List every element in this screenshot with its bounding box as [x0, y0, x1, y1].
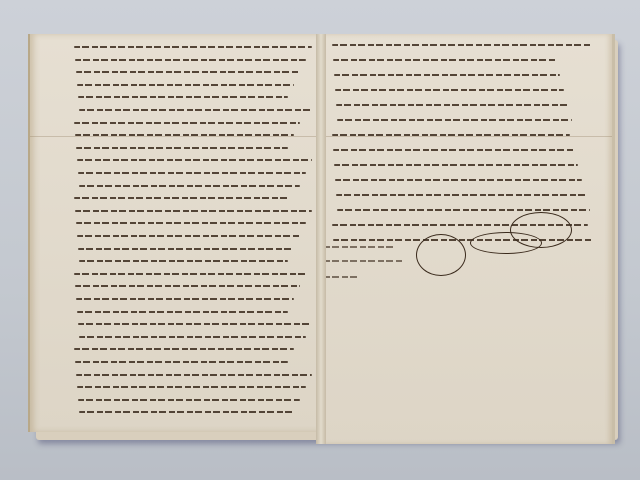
handwriting-line	[337, 209, 590, 211]
handwriting-line	[74, 273, 306, 275]
handwriting-line	[333, 149, 574, 151]
signature-flourish	[416, 234, 466, 276]
marginal-note-line	[324, 260, 404, 262]
handwriting-line	[74, 46, 312, 48]
handwriting-line	[78, 96, 288, 98]
handwriting-line	[76, 71, 300, 73]
signature-flourish	[510, 212, 572, 248]
handwriting-line	[75, 361, 288, 363]
handwriting-line	[77, 311, 288, 313]
handwriting-line	[335, 89, 564, 91]
binding-gutter	[316, 34, 326, 444]
handwriting-line	[75, 210, 312, 212]
handwriting-line	[334, 164, 578, 166]
handwriting-line	[77, 159, 312, 161]
handwriting-line	[77, 235, 300, 237]
handwriting-line	[332, 44, 592, 46]
handwriting-line	[76, 222, 306, 224]
handwriting-line	[333, 59, 556, 61]
handwriting-line	[76, 298, 294, 300]
handwriting-line	[78, 399, 300, 401]
handwriting-line	[77, 386, 306, 388]
handwriting-line	[335, 179, 582, 181]
handwriting-line	[336, 194, 586, 196]
handwriting-line	[336, 104, 568, 106]
marginal-note-line	[324, 246, 394, 248]
handwriting-line	[76, 147, 288, 149]
marginal-note-line	[324, 276, 358, 278]
handwriting-line	[79, 260, 288, 262]
handwriting-line	[78, 248, 294, 250]
left-page	[28, 34, 324, 432]
handwriting-line	[74, 348, 294, 350]
handwriting-line	[75, 59, 306, 61]
right-page	[320, 34, 615, 444]
handwriting-line	[79, 411, 294, 413]
handwriting-line	[74, 122, 300, 124]
handwriting-line	[75, 285, 300, 287]
handwriting-line	[337, 119, 572, 121]
handwriting-line	[334, 74, 560, 76]
handwriting-line	[78, 172, 306, 174]
handwriting-line	[78, 323, 312, 325]
handwriting-line	[79, 336, 306, 338]
handwriting-line	[79, 109, 312, 111]
handwriting-line	[76, 374, 312, 376]
handwriting-line	[77, 84, 294, 86]
handwriting-line	[74, 197, 288, 199]
handwriting-line	[79, 185, 300, 187]
